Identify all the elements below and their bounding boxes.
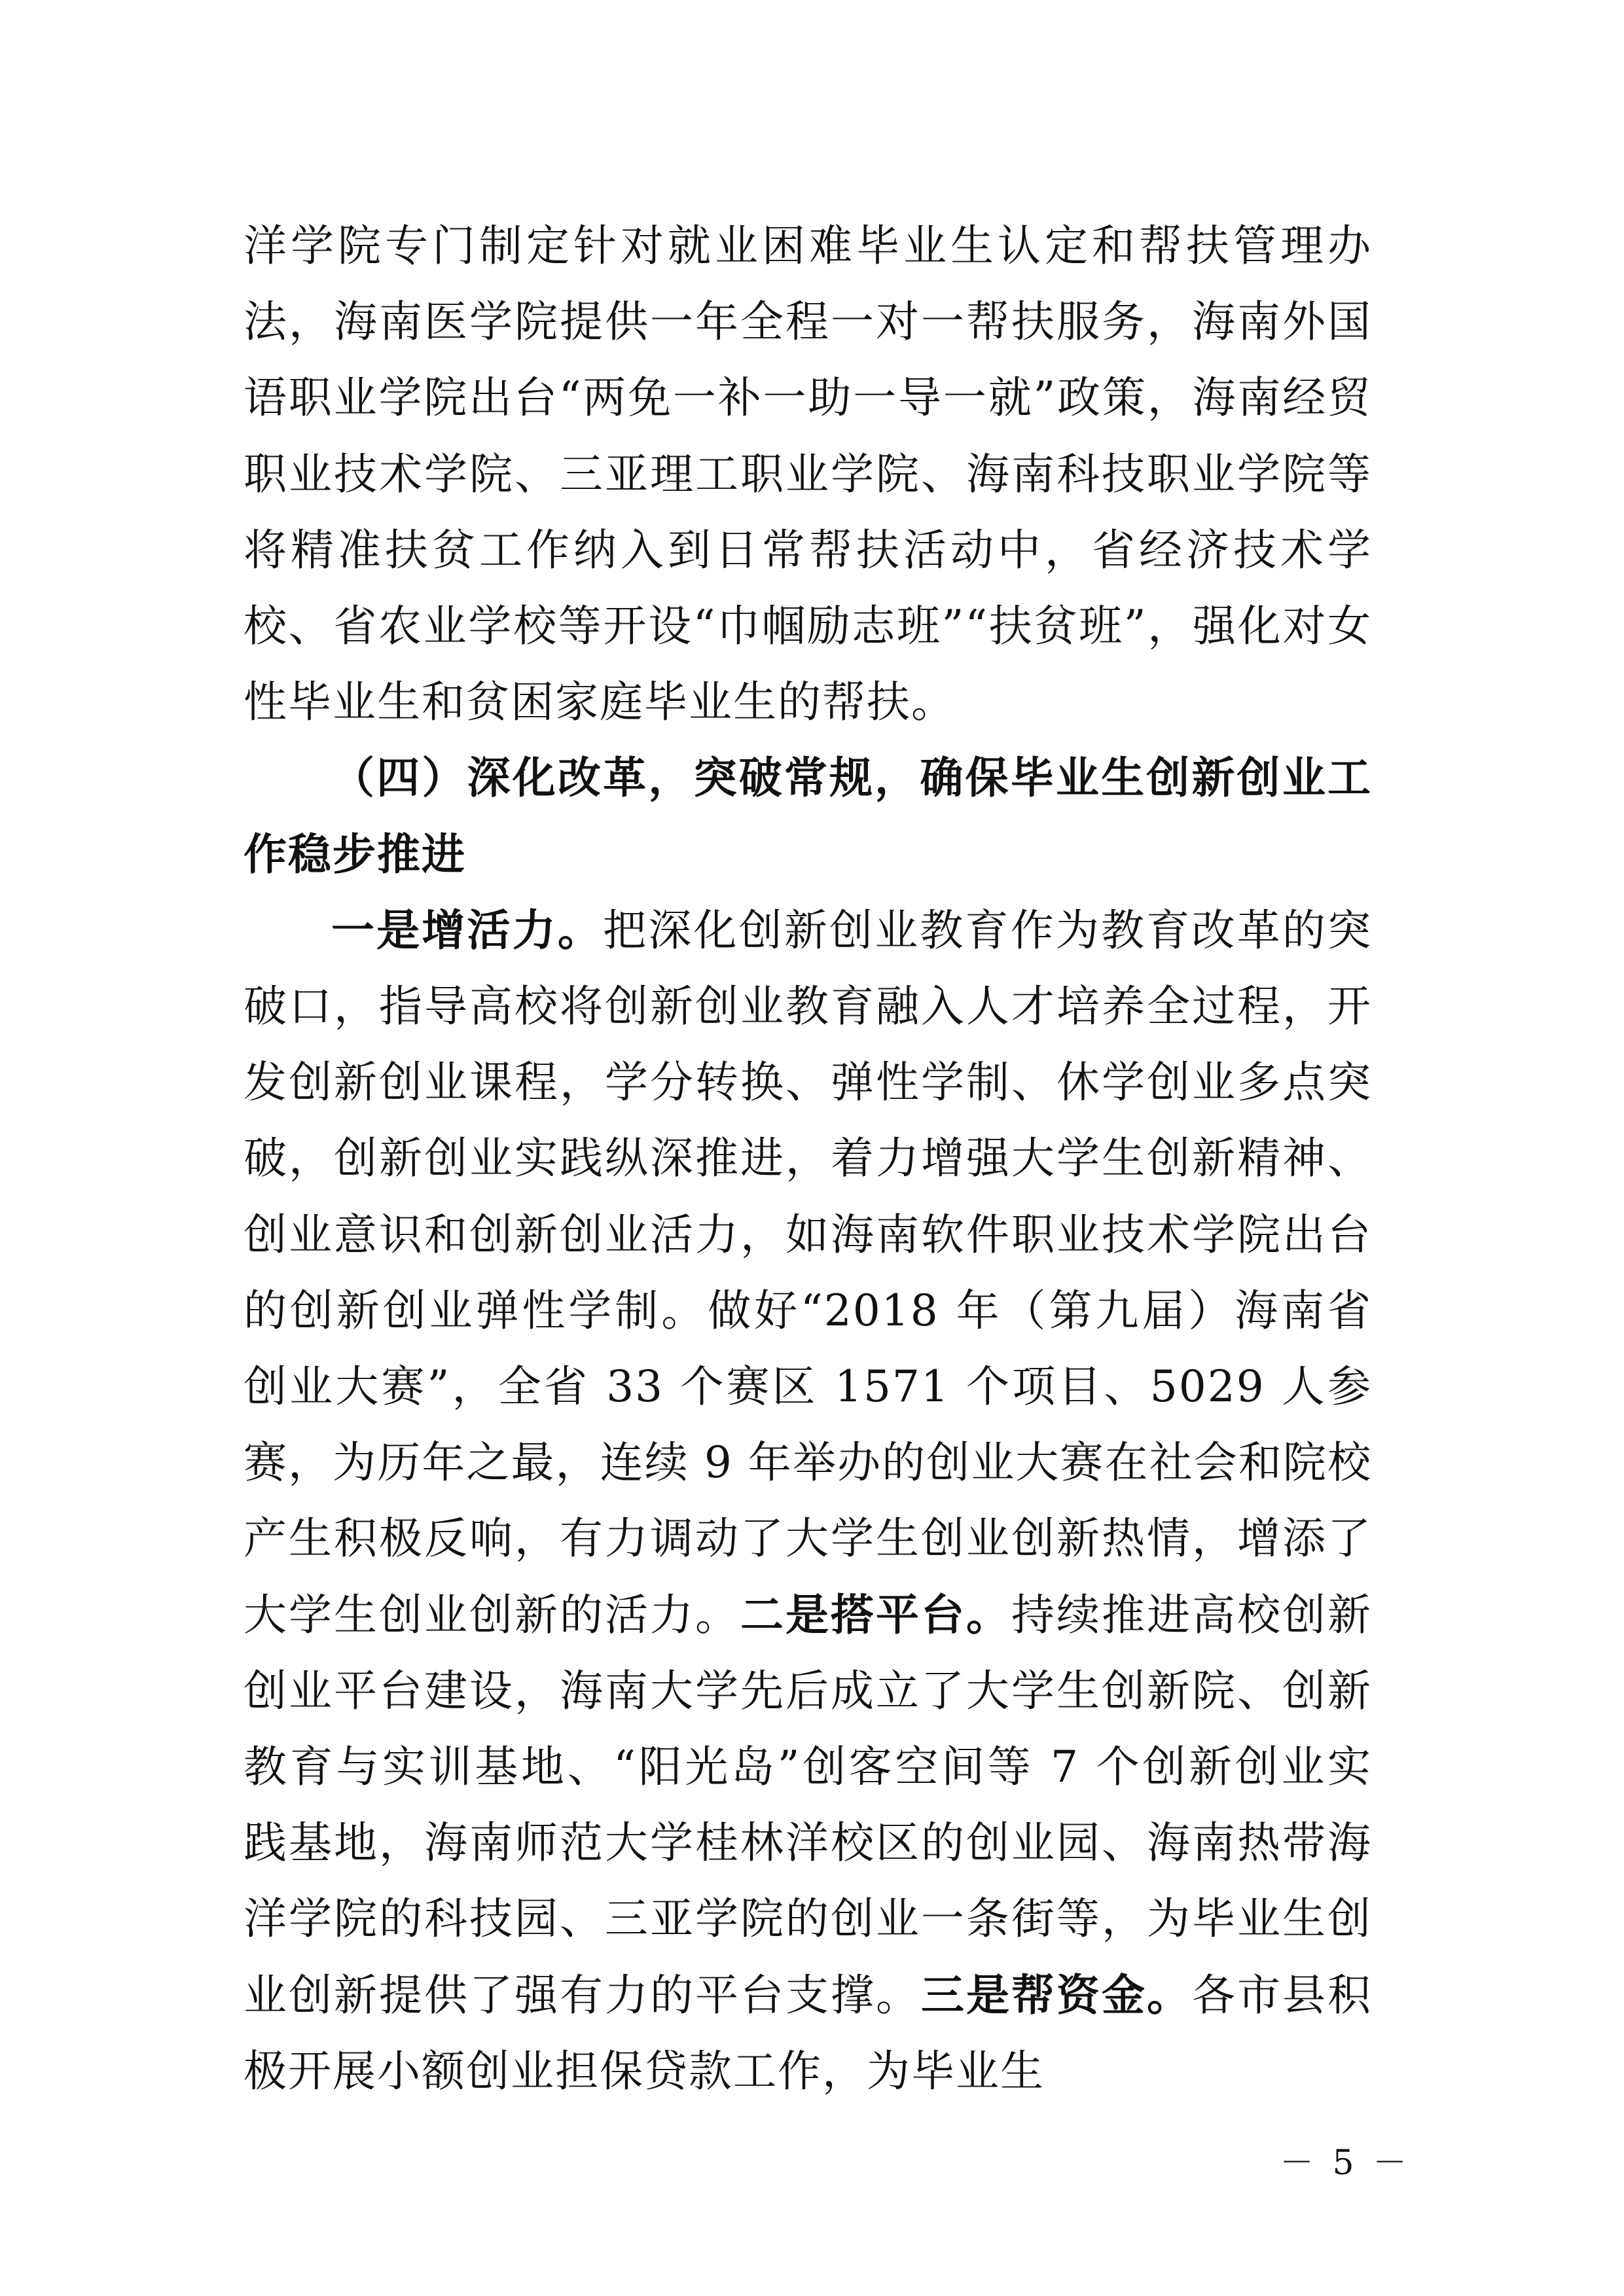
point-text-1: 把深化创新创业教育作为教育改革的突破口，指导高校将创新创业教育融入人才培养全过程… <box>244 905 1372 1640</box>
page-number: － 5 － <box>1280 2135 1411 2184</box>
section-heading: （四）深化改革，突破常规，确保毕业生创新创业工作稳步推进 <box>244 740 1372 892</box>
paragraph-continuation: 洋学院专门制定针对就业困难毕业生认定和帮扶管理办法，海南医学院提供一年全程一对一… <box>244 208 1372 740</box>
point-label-3: 三是帮资金。 <box>921 1970 1192 2020</box>
point-text-2: 持续推进高校创新创业平台建设，海南大学先后成立了大学生创新院、创新教育与实训基地… <box>244 1590 1372 2020</box>
point-label-1: 一是增活力。 <box>331 905 603 956</box>
paragraph-body: 一是增活力。把深化创新创业教育作为教育改革的突破口，指导高校将创新创业教育融入人… <box>244 893 1372 2109</box>
document-page: 洋学院专门制定针对就业困难毕业生认定和帮扶管理办法，海南医学院提供一年全程一对一… <box>244 208 1372 2109</box>
point-label-2: 二是搭平台。 <box>740 1590 1011 1640</box>
